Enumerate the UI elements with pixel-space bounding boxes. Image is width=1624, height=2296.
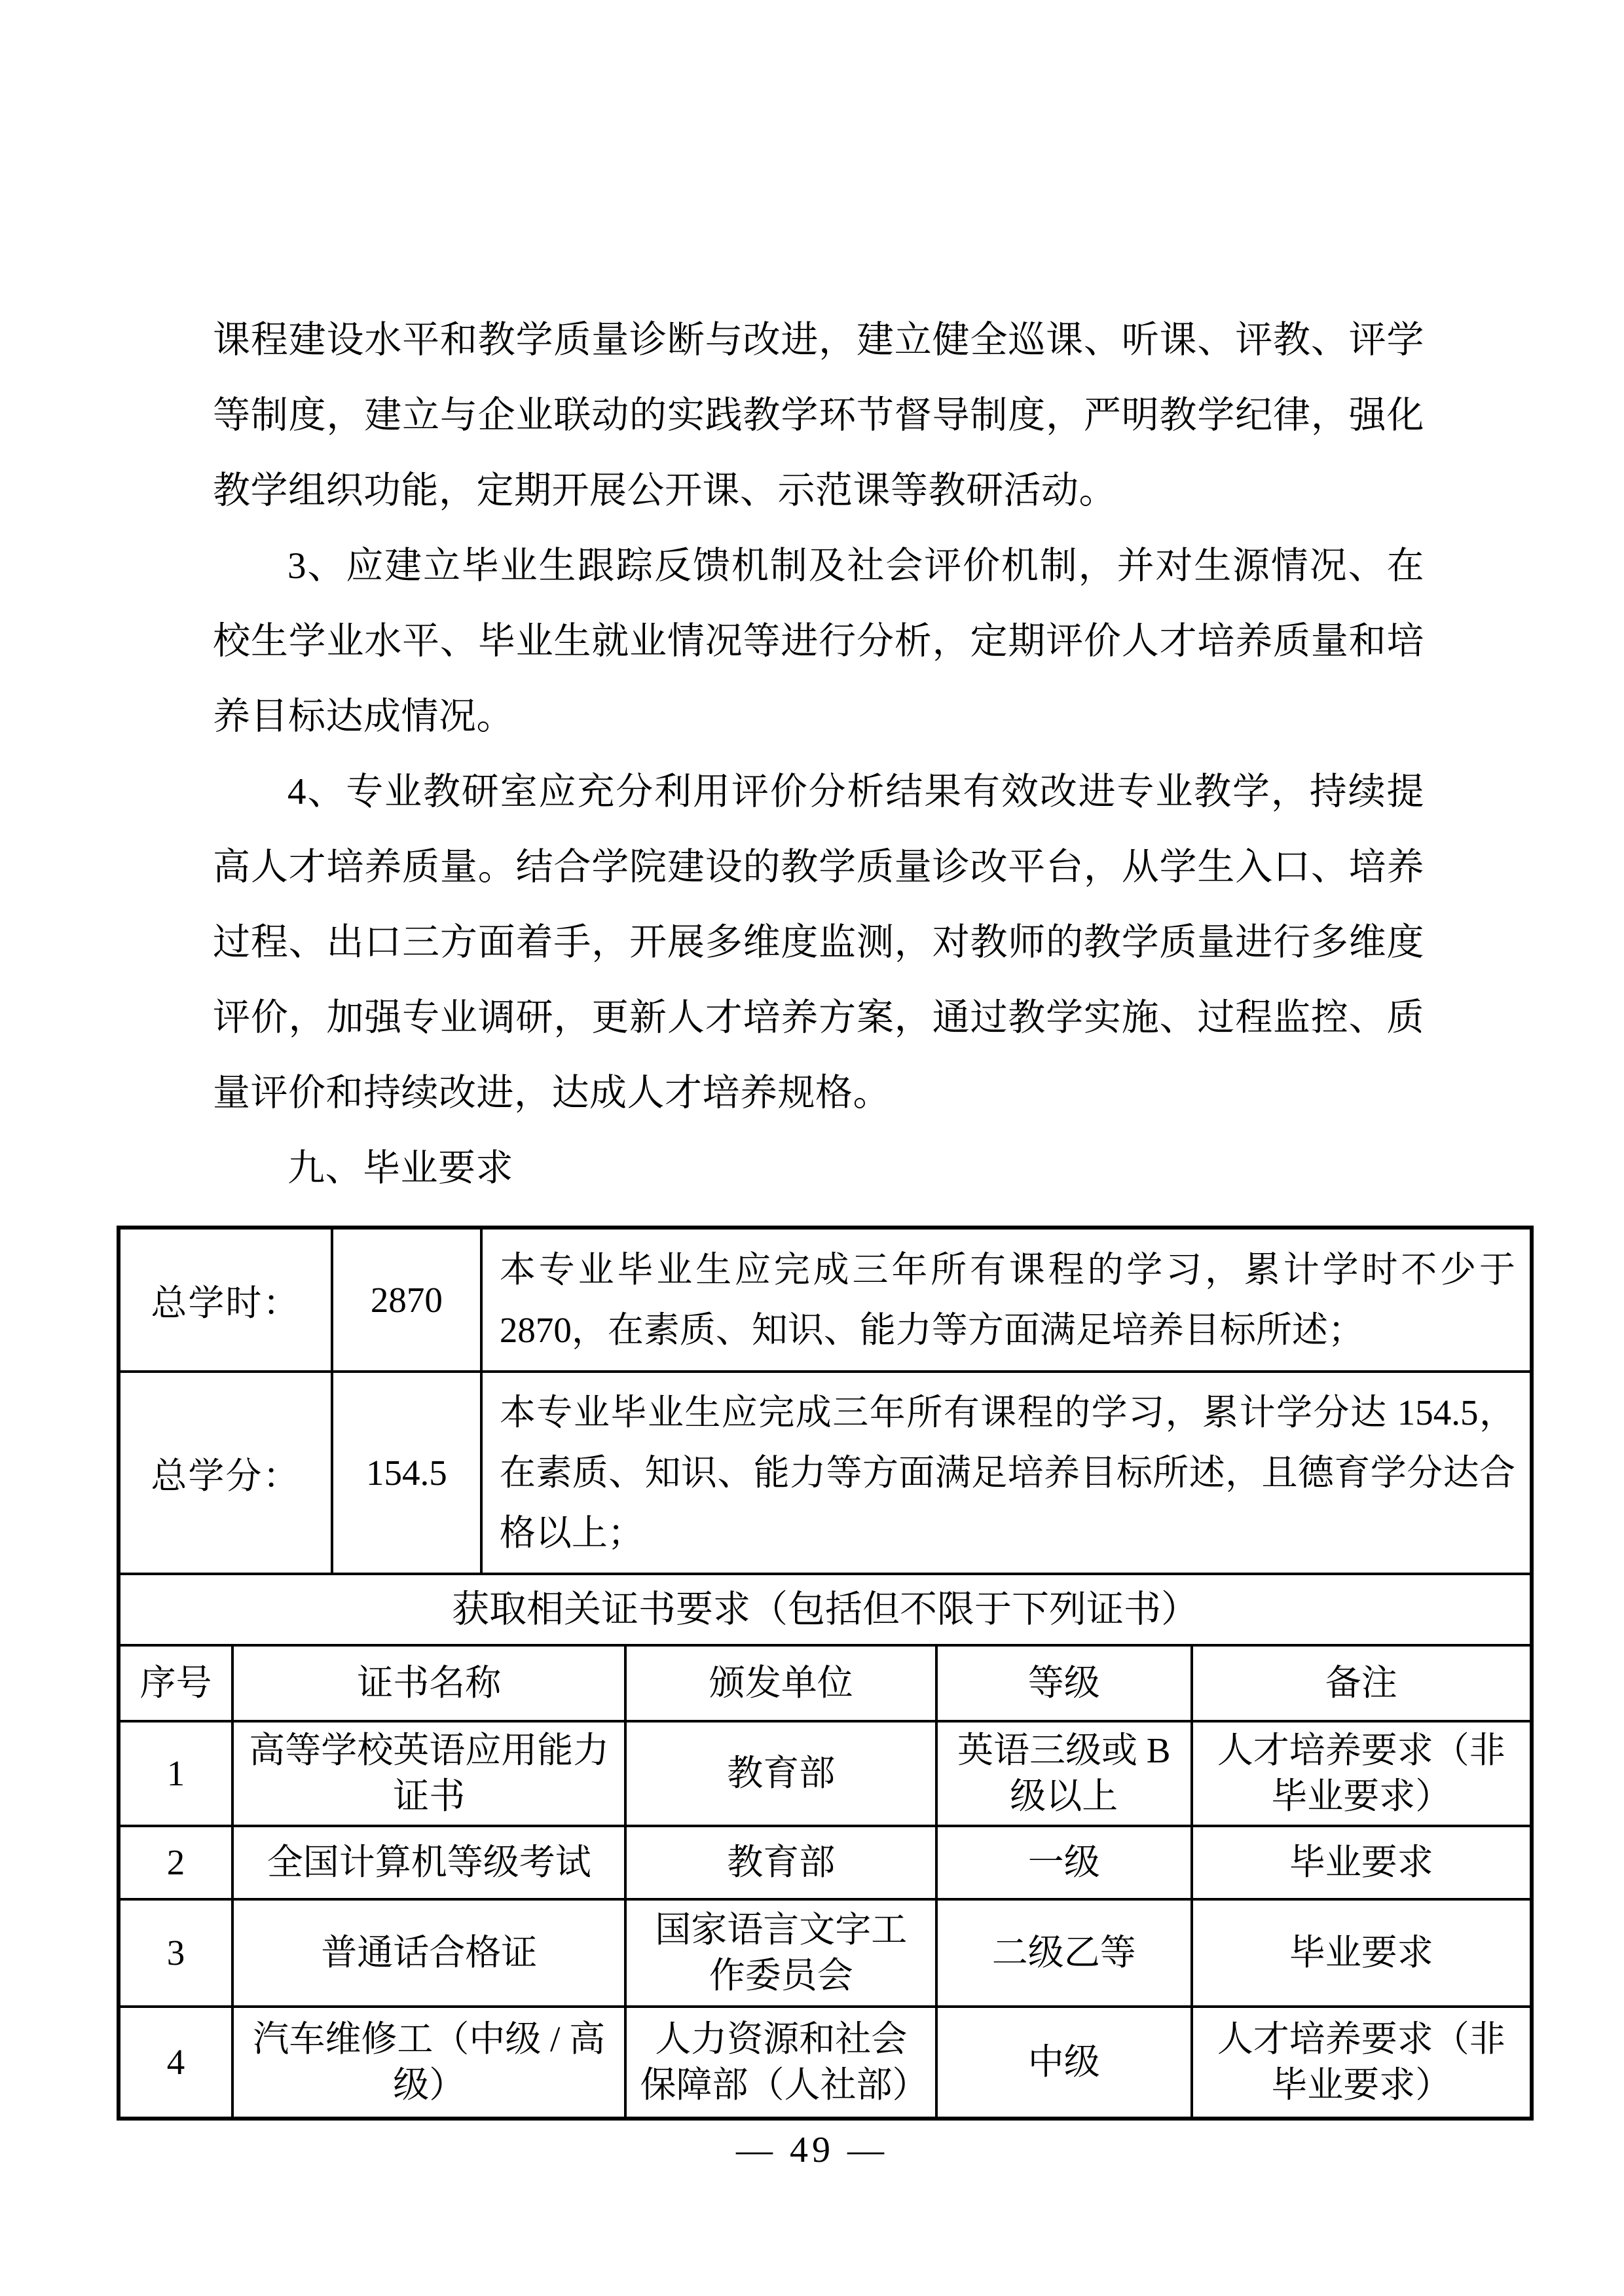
cert-name-cell: 高等学校英语应用能力证书 [232, 1721, 625, 1826]
table-row: 4 汽车维修工（中级 / 高级） 人力资源和社会保障部（人社部） 中级 人才培养… [120, 2007, 1530, 2117]
paragraph-item-4: 4、专业教研室应充分利用评价分析结果有效改进专业教学，持续提高人才培养质量。结合… [213, 754, 1424, 1131]
cert-name-cell: 汽车维修工（中级 / 高级） [232, 2007, 625, 2117]
cert-name-cell: 普通话合格证 [232, 1899, 625, 2007]
table-row: 3 普通话合格证 国家语言文字工作委员会 二级乙等 毕业要求 [120, 1899, 1530, 2007]
cert-level-cell: 英语三级或 B 级以上 [936, 1721, 1192, 1826]
cert-note-cell: 人才培养要求（非毕业要求） [1192, 2007, 1530, 2117]
cert-issuer-cell: 人力资源和社会保障部（人社部） [625, 2007, 936, 2117]
section-heading-graduation-requirements: 九、毕业要求 [213, 1131, 1424, 1206]
table-row: 总学分： 154.5 本专业毕业生应完成三年所有课程的学习，累计学分达 154.… [120, 1372, 1530, 1573]
total-credits-label: 总学分： [120, 1372, 332, 1573]
cert-note-cell: 毕业要求 [1192, 1899, 1530, 2007]
certificates-banner: 获取相关证书要求（包括但不限于下列证书） [120, 1573, 1530, 1647]
page-number: — 49 — [0, 2129, 1624, 2171]
document-page: 课程建设水平和教学质量诊断与改进，建立健全巡课、听课、评教、评学等制度，建立与企… [0, 0, 1624, 2296]
cert-issuer-cell: 教育部 [625, 1721, 936, 1826]
totals-table: 总学时： 2870 本专业毕业生应完成三年所有课程的学习，累计学时不少于2870… [120, 1230, 1530, 1573]
total-hours-label: 总学时： [120, 1230, 332, 1372]
total-hours-value: 2870 [332, 1230, 481, 1372]
cert-name-cell: 全国计算机等级考试 [232, 1826, 625, 1899]
cert-note-cell: 人才培养要求（非毕业要求） [1192, 1721, 1530, 1826]
header-issuing-authority: 颁发单位 [625, 1647, 936, 1721]
header-remarks: 备注 [1192, 1647, 1530, 1721]
table-row: 总学时： 2870 本专业毕业生应完成三年所有课程的学习，累计学时不少于2870… [120, 1230, 1530, 1372]
body-text-block: 课程建设水平和教学质量诊断与改进，建立健全巡课、听课、评教、评学等制度，建立与企… [213, 302, 1424, 1206]
paragraph-quality-diagnosis: 课程建设水平和教学质量诊断与改进，建立健全巡课、听课、评教、评学等制度，建立与企… [213, 302, 1424, 528]
total-credits-description: 本专业毕业生应完成三年所有课程的学习，累计学分达 154.5，在素质、知识、能力… [481, 1372, 1530, 1573]
cert-issuer-cell: 国家语言文字工作委员会 [625, 1899, 936, 2007]
cert-row-number: 3 [120, 1899, 232, 2007]
table-row: 1 高等学校英语应用能力证书 教育部 英语三级或 B 级以上 人才培养要求（非毕… [120, 1721, 1530, 1826]
header-certificate-name: 证书名称 [232, 1647, 625, 1721]
cert-row-number: 4 [120, 2007, 232, 2117]
cert-level-cell: 一级 [936, 1826, 1192, 1899]
header-serial-number: 序号 [120, 1647, 232, 1721]
cert-row-number: 2 [120, 1826, 232, 1899]
table-row: 2 全国计算机等级考试 教育部 一级 毕业要求 [120, 1826, 1530, 1899]
cert-level-cell: 中级 [936, 2007, 1192, 2117]
header-level: 等级 [936, 1647, 1192, 1721]
cert-issuer-cell: 教育部 [625, 1826, 936, 1899]
cert-row-number: 1 [120, 1721, 232, 1826]
cert-level-cell: 二级乙等 [936, 1899, 1192, 2007]
total-hours-description: 本专业毕业生应完成三年所有课程的学习，累计学时不少于2870，在素质、知识、能力… [481, 1230, 1530, 1372]
total-credits-value: 154.5 [332, 1372, 481, 1573]
graduation-requirements-table: 总学时： 2870 本专业毕业生应完成三年所有课程的学习，累计学时不少于2870… [117, 1226, 1534, 2121]
certificates-table: 序号 证书名称 颁发单位 等级 备注 1 高等学校英语应用能力证书 教育部 英语… [120, 1647, 1530, 2117]
paragraph-item-3: 3、应建立毕业生跟踪反馈机制及社会评价机制，并对生源情况、在校生学业水平、毕业生… [213, 528, 1424, 754]
cert-note-cell: 毕业要求 [1192, 1826, 1530, 1899]
certificates-header-row: 序号 证书名称 颁发单位 等级 备注 [120, 1647, 1530, 1721]
